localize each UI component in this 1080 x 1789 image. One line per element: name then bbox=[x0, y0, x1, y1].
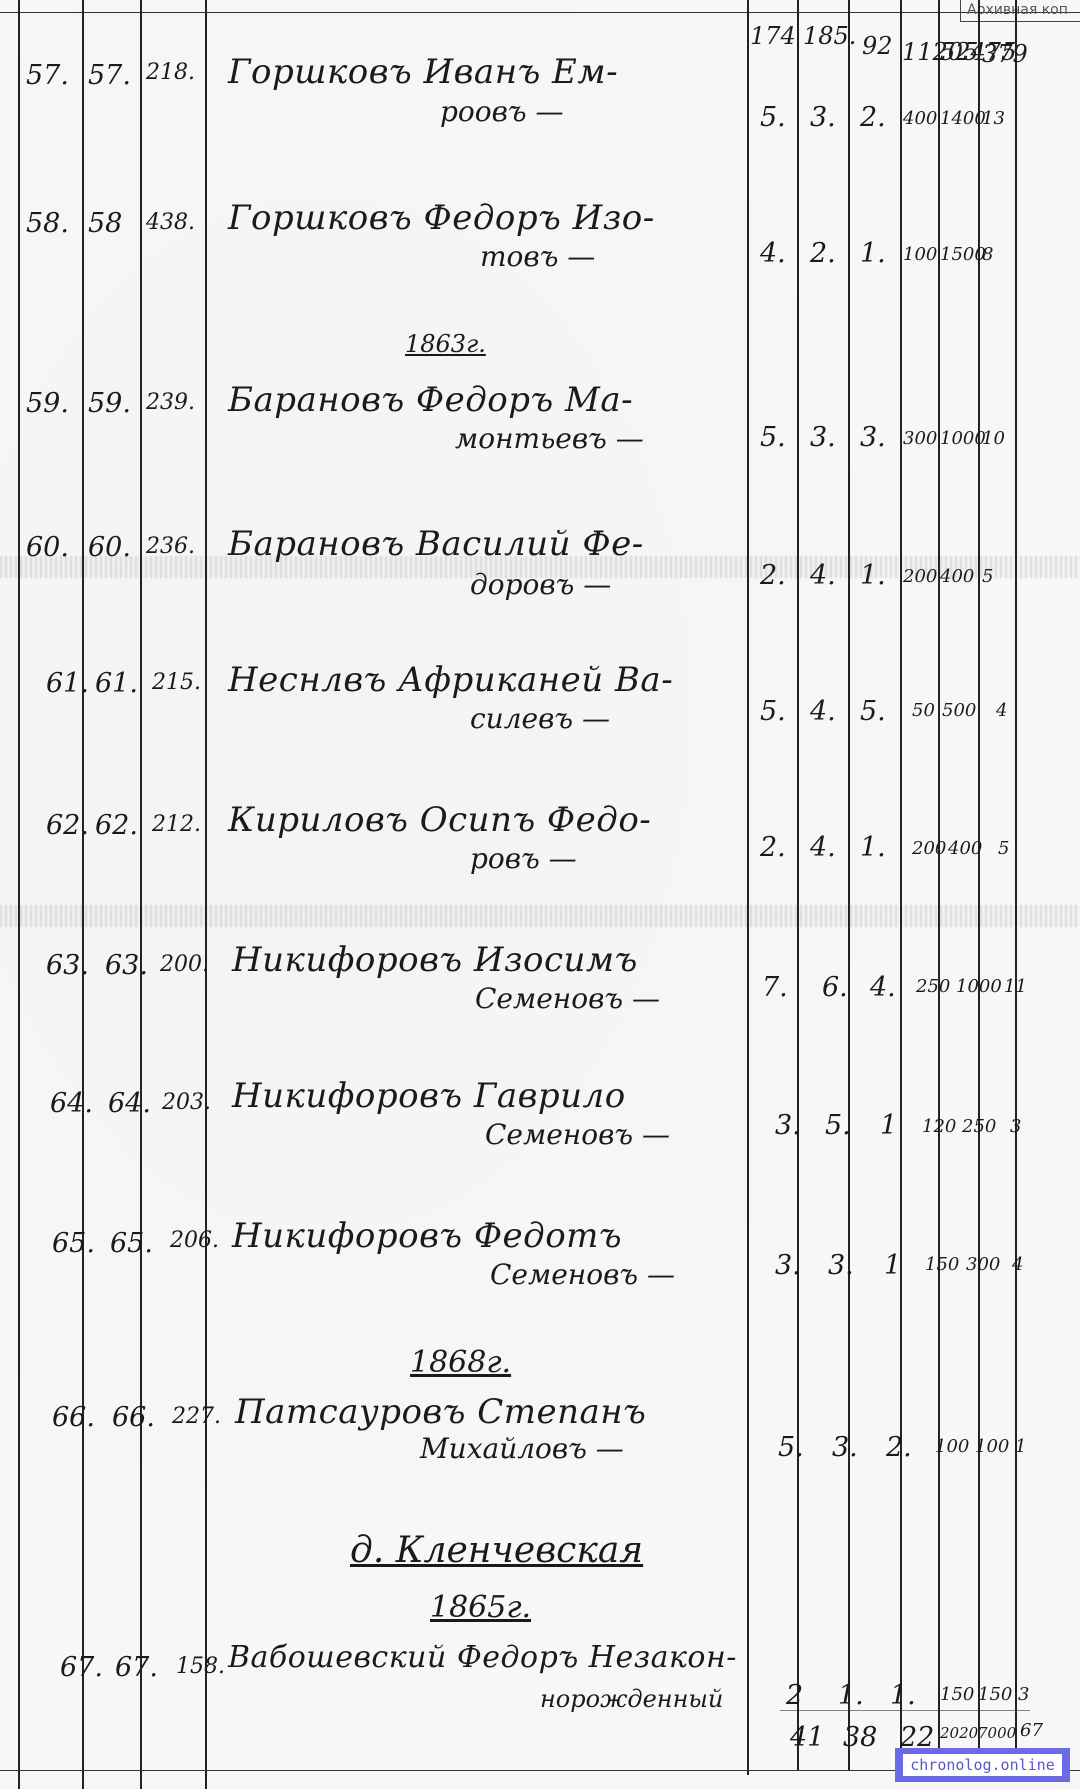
column-rule bbox=[900, 0, 902, 1770]
household-number: 236. bbox=[146, 534, 195, 559]
value-col2: 4. bbox=[810, 832, 836, 863]
value-col2: 3. bbox=[810, 102, 836, 133]
person-name-cont: роовъ — bbox=[440, 95, 564, 128]
entry-number-2: 58 bbox=[88, 208, 122, 239]
column-rule bbox=[18, 0, 20, 1789]
entry-number: 58. bbox=[26, 208, 69, 239]
value-col5: 400 bbox=[940, 566, 974, 587]
value-col4: 300 bbox=[903, 428, 937, 449]
entry-number: 59. bbox=[26, 388, 69, 419]
value-col3: 1 bbox=[884, 1250, 901, 1281]
value-col3: 3. bbox=[860, 422, 886, 453]
section-year: 1863г. bbox=[405, 330, 486, 358]
household-number: 227. bbox=[172, 1404, 221, 1429]
value-col1: 5. bbox=[778, 1432, 804, 1463]
person-name: Никифоровъ Изосимъ bbox=[232, 940, 638, 980]
value-col1: 2. bbox=[760, 832, 786, 863]
column-rule bbox=[1015, 0, 1017, 1760]
value-col5: 1000 bbox=[956, 976, 1002, 997]
watermark-badge: chronolog.online bbox=[895, 1748, 1070, 1782]
value-col4: 250 bbox=[916, 976, 950, 997]
household-number: 438. bbox=[146, 210, 195, 235]
person-name-cont: Михайловъ — bbox=[420, 1432, 624, 1465]
entry-number: 65. bbox=[52, 1228, 95, 1259]
totals-rule bbox=[780, 1710, 1030, 1711]
entry-number: 67. bbox=[60, 1652, 103, 1683]
value-col1: 2. bbox=[760, 560, 786, 591]
value-col1: 4. bbox=[760, 238, 786, 269]
entry-number-2: 63. bbox=[105, 950, 148, 981]
value-col2: 4. bbox=[810, 696, 836, 727]
column-rule bbox=[797, 0, 799, 1770]
section-year: 1865г. bbox=[430, 1590, 531, 1625]
column-header: 174 bbox=[750, 22, 796, 50]
person-name-cont: монтьевъ — bbox=[455, 422, 644, 455]
household-number: 203. bbox=[162, 1090, 211, 1115]
value-col3: 5. bbox=[860, 696, 886, 727]
value-col5: 150 bbox=[978, 1684, 1012, 1705]
value-col6: 10 bbox=[982, 428, 1005, 449]
total-col4: 2020 bbox=[940, 1724, 978, 1742]
column-rule bbox=[82, 0, 84, 1789]
village-heading: д. Кленчевская bbox=[350, 1530, 643, 1571]
entry-number-2: 60. bbox=[88, 532, 131, 563]
value-col5: 300 bbox=[966, 1254, 1000, 1275]
entry-number-2: 61. bbox=[95, 668, 138, 699]
person-name: Патсауровъ Степанъ bbox=[235, 1392, 646, 1432]
person-name: Никифоровъ Гаврило bbox=[232, 1076, 626, 1116]
value-col1: 5. bbox=[760, 696, 786, 727]
entry-number-2: 67. bbox=[115, 1652, 158, 1683]
person-name: Горшковъ Федоръ Изо- bbox=[228, 198, 655, 238]
value-col2: 4. bbox=[810, 560, 836, 591]
column-rule bbox=[140, 0, 142, 1789]
value-col4: 100 bbox=[935, 1436, 969, 1457]
entry-number: 64. bbox=[50, 1088, 93, 1119]
value-col5: 100 bbox=[975, 1436, 1009, 1457]
value-col3: 1. bbox=[860, 560, 886, 591]
total-col5: 7000 bbox=[978, 1724, 1016, 1742]
value-col5: 1000 bbox=[940, 428, 986, 449]
person-name: Барановъ Василий Фе- bbox=[228, 524, 644, 564]
household-number: 200. bbox=[160, 952, 209, 977]
person-name-cont: норожденный bbox=[540, 1685, 723, 1713]
watermark-text: chronolog.online bbox=[903, 1754, 1062, 1776]
column-header: 92 bbox=[862, 32, 893, 60]
value-col2: 1. bbox=[838, 1680, 864, 1711]
value-col1: 5. bbox=[760, 422, 786, 453]
person-name-cont: Семеновъ — bbox=[490, 1258, 675, 1291]
value-col5: 1500 bbox=[940, 244, 986, 265]
value-col3: 2. bbox=[886, 1432, 912, 1463]
value-col4: 200 bbox=[903, 566, 937, 587]
column-rule bbox=[205, 0, 207, 1789]
person-name: Кириловъ Осипъ Федо- bbox=[228, 800, 651, 840]
value-col5: 1400 bbox=[940, 108, 986, 129]
value-col4: 100 bbox=[903, 244, 937, 265]
value-col3: 2. bbox=[860, 102, 886, 133]
value-col3: 4. bbox=[870, 972, 896, 1003]
value-col6: 11 bbox=[1004, 976, 1027, 997]
person-name: Барановъ Федоръ Ма- bbox=[228, 380, 633, 420]
value-col6: 13 bbox=[982, 108, 1005, 129]
value-col3: 1. bbox=[860, 238, 886, 269]
column-rule bbox=[848, 0, 850, 1770]
column-header: 185. bbox=[803, 22, 856, 50]
person-name-cont: Семеновъ — bbox=[475, 982, 660, 1015]
person-name: Неснлвъ Африканей Ва- bbox=[228, 660, 673, 700]
person-name: Горшковъ Иванъ Ем- bbox=[228, 52, 618, 92]
total-col6: 67 bbox=[1020, 1720, 1043, 1741]
total-col1: 41 bbox=[790, 1722, 824, 1753]
person-name-cont: доровъ — bbox=[470, 568, 611, 601]
value-col6: 4 bbox=[1012, 1254, 1023, 1275]
household-number: 215. bbox=[152, 670, 201, 695]
value-col6: 4 bbox=[996, 700, 1007, 721]
person-name-cont: ровъ — bbox=[470, 842, 577, 875]
value-col4: 150 bbox=[925, 1254, 959, 1275]
value-col3: 1. bbox=[860, 832, 886, 863]
value-col6: 1 bbox=[1015, 1436, 1026, 1457]
value-col6: 5 bbox=[998, 838, 1009, 859]
value-col2: 3. bbox=[832, 1432, 858, 1463]
value-col4: 50 bbox=[912, 700, 935, 721]
section-year: 1868г. bbox=[410, 1345, 511, 1380]
household-number: 239. bbox=[146, 390, 195, 415]
value-col1: 3. bbox=[775, 1250, 801, 1281]
value-col4: 120 bbox=[922, 1116, 956, 1137]
value-col6: 3 bbox=[1018, 1684, 1029, 1705]
scan-smudge bbox=[0, 905, 1080, 927]
entry-number: 57. bbox=[26, 60, 69, 91]
person-name: Никифоровъ Федотъ bbox=[232, 1216, 622, 1256]
entry-number-2: 65. bbox=[110, 1228, 153, 1259]
value-col3: 1 bbox=[880, 1110, 897, 1141]
value-col4: 150 bbox=[940, 1684, 974, 1705]
entry-number: 63. bbox=[46, 950, 89, 981]
register-page: Архивная коп 174 185. 92 11205 52475 379… bbox=[0, 0, 1080, 1789]
value-col2: 3. bbox=[810, 422, 836, 453]
value-col1: 7. bbox=[762, 972, 788, 1003]
value-col2: 2. bbox=[810, 238, 836, 269]
entry-number: 66. bbox=[52, 1402, 95, 1433]
person-name-cont: силевъ — bbox=[470, 702, 610, 735]
value-col2: 6. bbox=[822, 972, 848, 1003]
entry-number-2: 59. bbox=[88, 388, 131, 419]
household-number: 218. bbox=[146, 60, 195, 85]
column-rule bbox=[747, 0, 749, 1775]
total-col2: 38 bbox=[843, 1722, 877, 1753]
entry-number: 62. bbox=[46, 810, 89, 841]
entry-number-2: 62. bbox=[95, 810, 138, 841]
person-name: Вабошевский Федоръ Незакон- bbox=[228, 1640, 737, 1675]
value-col3: 1. bbox=[890, 1680, 916, 1711]
value-col6: 3 bbox=[1010, 1116, 1021, 1137]
entry-number-2: 57. bbox=[88, 60, 131, 91]
person-name-cont: товъ — bbox=[480, 240, 595, 273]
value-col1: 2 bbox=[786, 1680, 803, 1711]
value-col2: 5. bbox=[825, 1110, 851, 1141]
column-header: 379 bbox=[982, 40, 1028, 68]
person-name-cont: Семеновъ — bbox=[485, 1118, 670, 1151]
value-col5: 400 bbox=[948, 838, 982, 859]
value-col1: 5. bbox=[760, 102, 786, 133]
household-number: 206. bbox=[170, 1228, 219, 1253]
value-col6: 8 bbox=[982, 244, 993, 265]
household-number: 212. bbox=[152, 812, 201, 837]
value-col2: 3. bbox=[828, 1250, 854, 1281]
value-col5: 500 bbox=[942, 700, 976, 721]
entry-number: 60. bbox=[26, 532, 69, 563]
household-number: 158. bbox=[176, 1654, 225, 1679]
value-col5: 250 bbox=[962, 1116, 996, 1137]
value-col1: 3. bbox=[775, 1110, 801, 1141]
top-rule bbox=[0, 12, 1080, 13]
entry-number-2: 66. bbox=[112, 1402, 155, 1433]
entry-number: 61. bbox=[46, 668, 89, 699]
value-col6: 5 bbox=[982, 566, 993, 587]
value-col4: 200 bbox=[912, 838, 946, 859]
entry-number-2: 64. bbox=[108, 1088, 151, 1119]
value-col4: 400 bbox=[903, 108, 937, 129]
